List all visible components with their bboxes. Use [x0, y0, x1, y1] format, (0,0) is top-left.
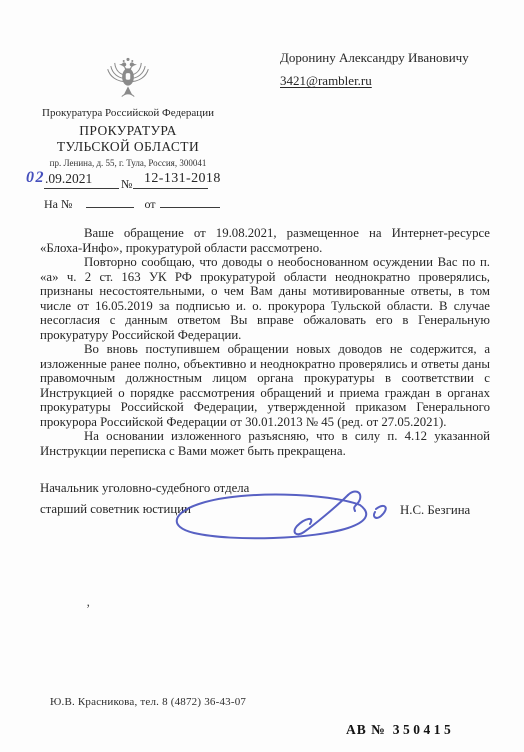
number-sign: № — [121, 177, 132, 192]
outgoing-number: 12-131-2018 — [144, 171, 221, 187]
parent-organization-name: Прокуратура Российской Федерации — [16, 107, 240, 119]
document-date: 02.09.2021 — [26, 170, 92, 188]
blank-line — [133, 188, 208, 189]
scanned-letter-page: Прокуратура Российской Федерации ПРОКУРА… — [0, 0, 524, 752]
stray-pen-mark: ’ — [86, 601, 90, 617]
organization-name-line1: ПРОКУРАТУРА — [16, 123, 240, 139]
form-series-number: АВ №350415 — [346, 722, 454, 738]
recipient-name: Доронину Александру Ивановичу — [280, 50, 469, 66]
body-paragraph: Ваше обращение от 19.08.2021, размещенно… — [40, 226, 490, 255]
body-paragraph: На основании изложенного разъясняю, что … — [40, 429, 490, 458]
recipient-email: 3421@rambler.ru — [280, 73, 469, 89]
handwritten-signature-icon — [152, 489, 394, 547]
organization-name-line2: ТУЛЬСКОЙ ОБЛАСТИ — [16, 139, 240, 155]
form-number: 350415 — [393, 722, 455, 737]
document-number-block: 02.09.2021 12-131-2018 № На №от — [16, 169, 240, 215]
reference-from-label: от — [144, 197, 155, 211]
form-series: АВ № — [346, 722, 386, 737]
recipient-block: Доронину Александру Ивановичу 3421@rambl… — [280, 50, 469, 89]
signature-block: Начальник уголовно-судебного отдела стар… — [40, 481, 490, 517]
reference-line: На №от — [44, 196, 220, 212]
letterhead: Прокуратура Российской Федерации ПРОКУРА… — [16, 50, 240, 215]
letter-body: Ваше обращение от 19.08.2021, размещенно… — [40, 226, 490, 458]
blank-line — [86, 196, 134, 208]
handwritten-day: 02 — [26, 169, 45, 186]
coat-of-arms-icon — [103, 54, 153, 100]
body-paragraph: Повторно сообщаю, что доводы о необоснов… — [40, 255, 490, 342]
typed-date-part: .09.2021 — [45, 171, 92, 186]
body-paragraph: Во вновь поступившем обращении новых дов… — [40, 342, 490, 429]
reference-label: На № — [44, 197, 72, 211]
executor-contact: Ю.В. Красникова, тел. 8 (4872) 36-43-07 — [50, 696, 246, 708]
blank-line — [44, 188, 119, 189]
blank-line — [160, 196, 220, 208]
organization-address: пр. Ленина, д. 55, г. Тула, Россия, 3000… — [16, 158, 240, 168]
signer-name: Н.С. Безгина — [400, 503, 470, 518]
